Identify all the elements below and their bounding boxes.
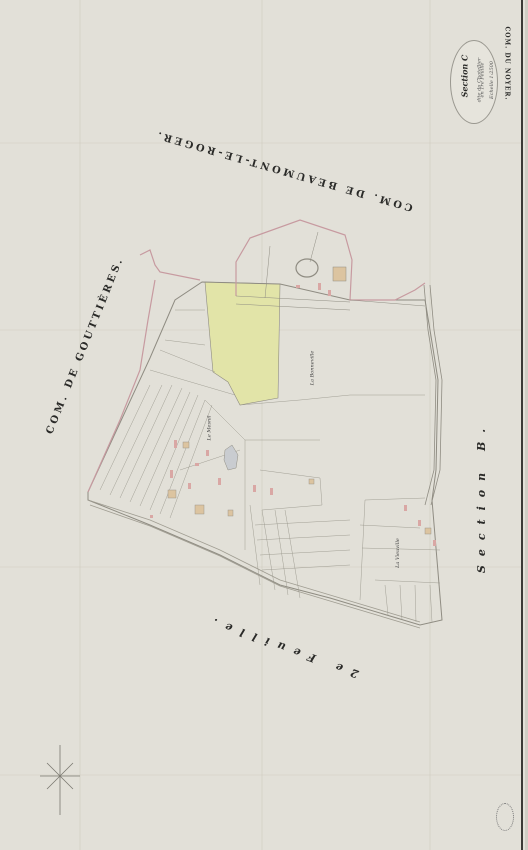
meadow-parcel — [205, 282, 280, 405]
fold-lines — [0, 0, 521, 850]
place-label: La Vieuville — [395, 538, 401, 568]
cartouche-line2: en 1re Feuille — [480, 62, 486, 97]
title-cartouche: Section C dite du Chatellier en 1re Feui… — [450, 40, 498, 124]
road-south — [88, 500, 420, 628]
archive-stamp-icon — [496, 803, 514, 831]
road-east — [424, 285, 442, 505]
label-commune-east: COM. DU NOYER. — [504, 27, 511, 101]
label-section-east: Section B. — [475, 420, 488, 573]
cadastral-plan — [0, 0, 528, 850]
place-label: La Bonneville — [309, 351, 315, 386]
compass-rose-icon — [40, 745, 80, 815]
place-label: Le Mesnil — [206, 416, 212, 441]
cartouche-title: Section C — [459, 55, 469, 98]
garden-parcel — [333, 267, 346, 281]
cartouche-line3: Echelle 1:2500 — [489, 61, 495, 99]
pond — [224, 445, 238, 470]
